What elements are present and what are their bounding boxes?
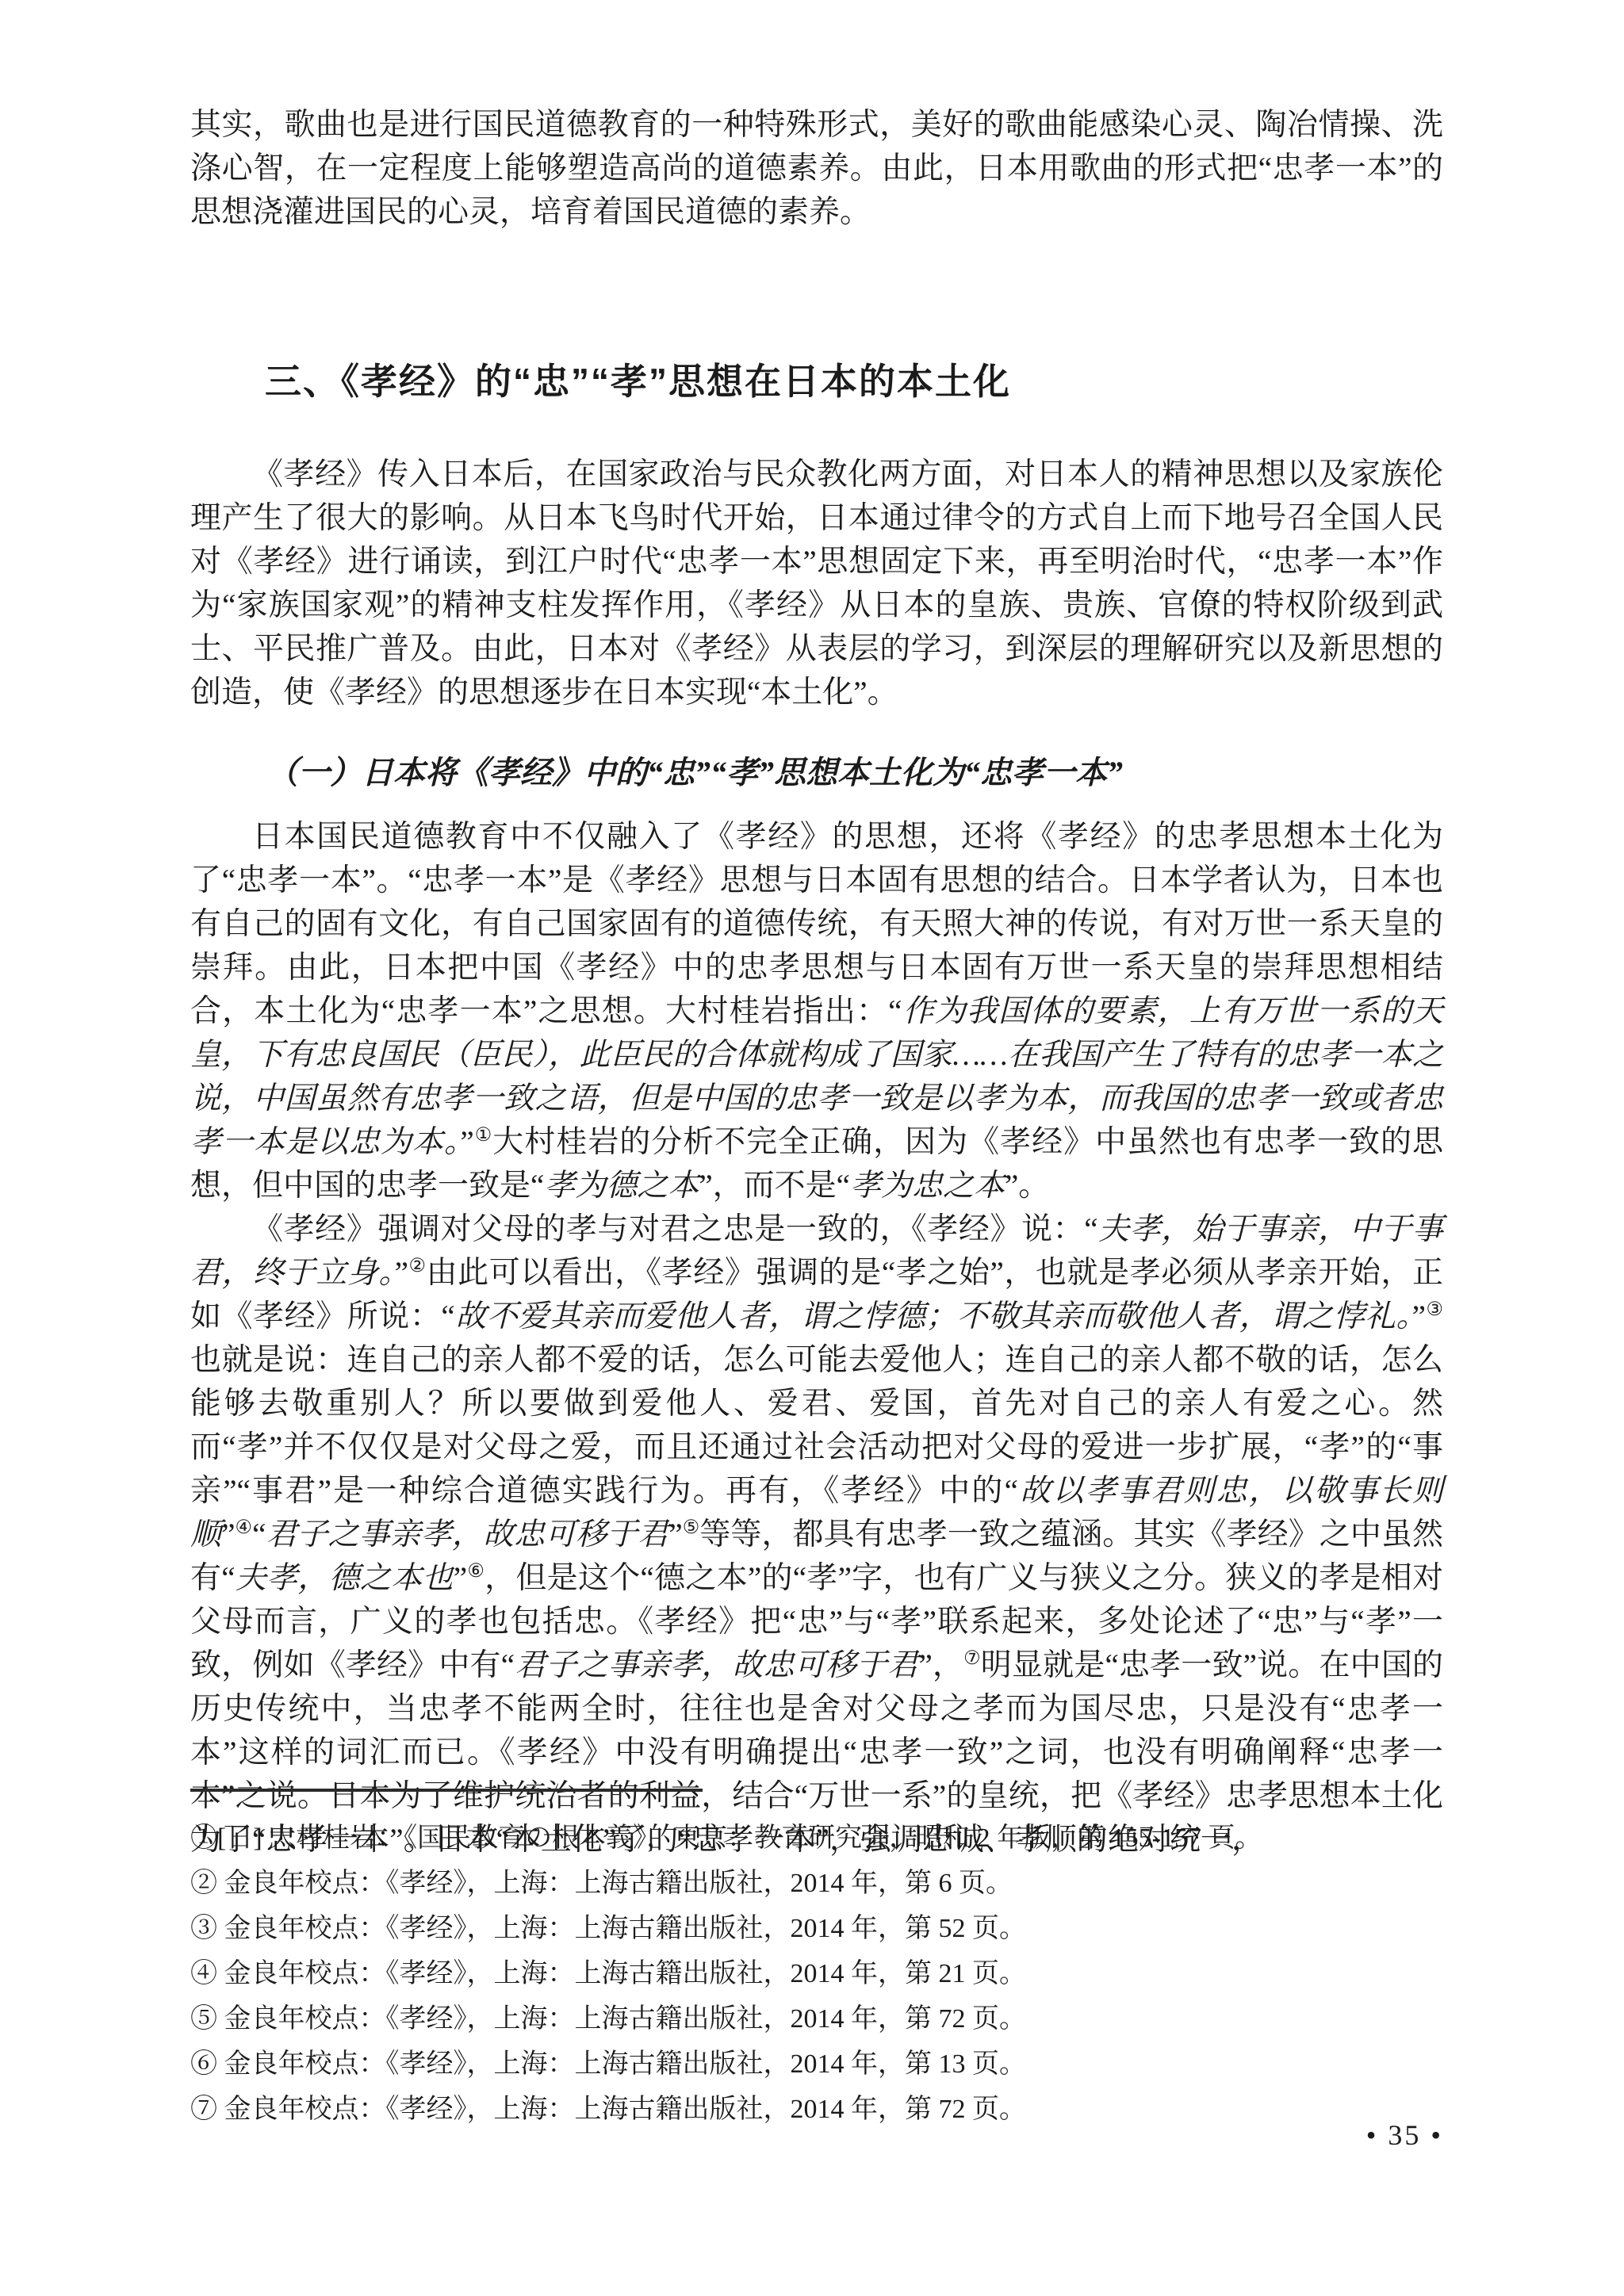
footnote: ①[日] 大村桂岩：《国民教育の根本義》，東京：教育研究会，昭和 2 年版，第 … — [190, 1816, 1443, 1861]
text-run: 故不爱其亲而爱他人者，谓之悖德；不敬其亲而敬他人者，谓之悖礼。 — [455, 1299, 1412, 1334]
section-heading: 三、《孝经》的“忠”“孝”思想在日本的本土化 — [265, 359, 1443, 404]
text-run: 孝为忠之本 — [850, 1169, 1005, 1203]
text-run: 《孝经》传入日本后，在国家政治与民众教化两方面，对日本人的精神思想以及家族伦理产… — [190, 457, 1443, 710]
body-paragraph: 日本国民道德教育中不仅融入了《孝经》的思想，还将《孝经》的忠孝思想本土化为了“忠… — [190, 815, 1443, 1207]
text-run: ” — [454, 1561, 467, 1595]
footnote: ⑤ 金良年校点：《孝经》，上海：上海古籍出版社，2014 年，第 72 页。 — [190, 1996, 1443, 2042]
text-run: 君子之事亲孝，故忠可移于君 — [266, 1517, 668, 1552]
footnote: ④ 金良年校点：《孝经》，上海：上海古籍出版社，2014 年，第 21 页。 — [190, 1951, 1443, 1996]
text-run: 孝为德之本 — [544, 1169, 699, 1203]
footnote-marker: ⑥ — [467, 1561, 485, 1582]
footnote: ⑦ 金良年校点：《孝经》，上海：上海古籍出版社，2014 年，第 72 页。 — [190, 2087, 1443, 2132]
footnote: ② 金良年校点：《孝经》，上海：上海古籍出版社，2014 年，第 6 页。 — [190, 1861, 1443, 1906]
footnotes-block: ①[日] 大村桂岩：《国民教育の根本義》，東京：教育研究会，昭和 2 年版，第 … — [190, 1816, 1443, 2132]
text-run: ” — [668, 1517, 682, 1552]
body-text-column: 其实，歌曲也是进行国民道德教育的一种特殊形式，美好的歌曲能感染心灵、陶冶情操、洗… — [190, 103, 1443, 1862]
text-run: ” — [460, 1125, 473, 1159]
text-run: 夫孝，德之本也 — [236, 1561, 454, 1595]
footnote-marker: ④ — [235, 1517, 252, 1538]
body-paragraph: 《孝经》传入日本后，在国家政治与民众教化两方面，对日本人的精神思想以及家族伦理产… — [190, 453, 1443, 714]
text-run: ” — [395, 1256, 408, 1290]
footnote-marker: ③ — [1426, 1299, 1443, 1320]
text-run: 君子之事亲孝，故忠可移于君 — [515, 1648, 918, 1682]
text-run: ” — [221, 1517, 235, 1552]
footnote: ⑥ 金良年校点：《孝经》，上海：上海古籍出版社，2014 年，第 13 页。 — [190, 2042, 1443, 2087]
text-run: “ — [252, 1517, 266, 1552]
subsection-heading: （一）日本将《孝经》中的“忠”“孝”思想本土化为“忠孝一本” — [266, 751, 1443, 794]
footnote-marker: ⑦ — [963, 1648, 981, 1669]
footnote-marker: ⑤ — [683, 1517, 700, 1538]
text-run: ”， — [918, 1648, 963, 1682]
footnote-marker: ② — [408, 1256, 427, 1276]
document-page: 其实，歌曲也是进行国民道德教育的一种特殊形式，美好的歌曲能感染心灵、陶冶情操、洗… — [0, 0, 1624, 2296]
body-paragraph: 《孝经》强调对父母的孝与对君之忠是一致的，《孝经》说：“夫孝，始于事亲，中于事君… — [190, 1207, 1443, 1862]
page-number: • 35 • — [1366, 2118, 1443, 2152]
text-run: ” — [1412, 1299, 1426, 1334]
text-run: 《孝经》强调对父母的孝与对君之忠是一致的，《孝经》说：“ — [252, 1212, 1098, 1246]
footnote-separator-rule — [190, 1789, 703, 1792]
footnote: ③ 金良年校点：《孝经》，上海：上海古籍出版社，2014 年，第 52 页。 — [190, 1906, 1443, 1951]
text-run: 其实，歌曲也是进行国民道德教育的一种特殊形式，美好的歌曲能感染心灵、陶冶情操、洗… — [190, 108, 1443, 229]
text-run: ”，而不是“ — [699, 1169, 850, 1203]
text-run: ”。 — [1005, 1169, 1049, 1203]
footnote-marker: ① — [474, 1125, 493, 1146]
body-paragraph-continued: 其实，歌曲也是进行国民道德教育的一种特殊形式，美好的歌曲能感染心灵、陶冶情操、洗… — [190, 103, 1443, 234]
